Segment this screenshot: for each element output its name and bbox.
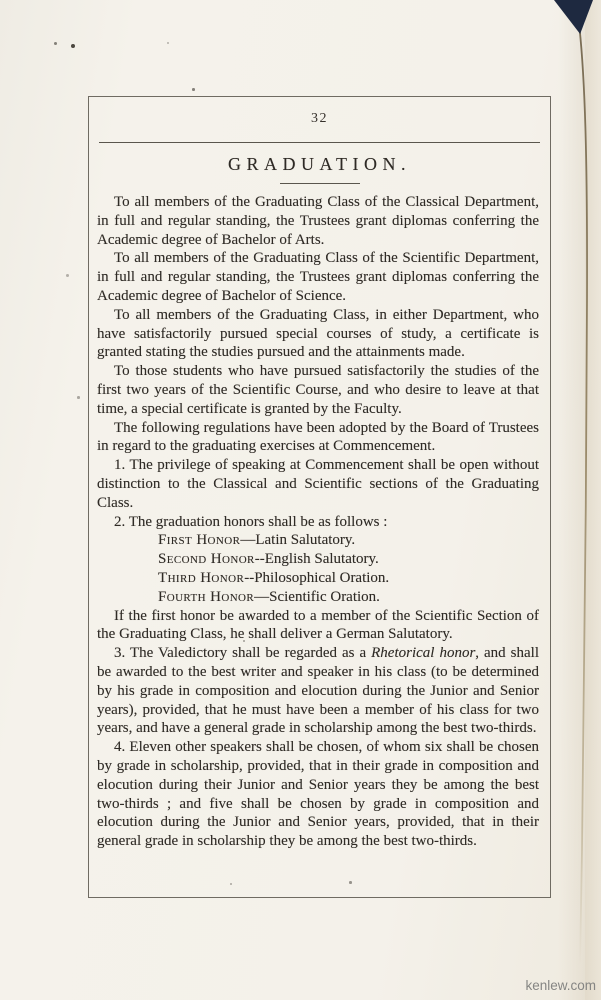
paragraph: To all members of the Graduating Class o… [97,249,539,305]
honor-label: Fourth Honor [158,589,254,605]
page-border-frame: 32 GRADUATION. To all members of the Gra… [88,96,551,898]
text-run: If the first honor be awarded to a membe… [97,608,539,643]
text-run: The following regulations have been adop… [97,420,539,455]
paragraph: 2. The graduation honors shall be as fol… [97,513,539,532]
honor-line: Fourth Honor—Scientific Oration. [97,588,539,607]
paragraph: 3. The Valedictory shall be regarded as … [97,644,539,738]
honor-line: Second Honor--English Salutatory. [97,550,539,569]
page-number: 32 [89,111,550,127]
scan-speck [167,42,169,44]
text-run: 1. The privilege of speaking at Commence… [97,457,539,511]
scan-speck [66,274,69,277]
scan-speck [54,42,57,45]
text-run: 4. Eleven other speakers shall be chosen… [97,739,539,849]
scan-speck [349,881,352,884]
scan-speck [192,88,195,91]
page-title: GRADUATION. [89,154,550,175]
honor-label: Second Honor [158,551,255,567]
document-body: To all members of the Graduating Class o… [89,193,550,851]
scan-speck [476,393,478,395]
honor-label: First Honor [158,532,240,548]
paragraph: The following regulations have been adop… [97,419,539,457]
scanned-page: 32 GRADUATION. To all members of the Gra… [0,0,601,1000]
text-run: 3. The Valedictory shall be regarded as … [114,645,371,661]
page-edge-shadow [558,0,585,1000]
text-run: To all members of the Graduating Class, … [97,307,539,361]
honor-line: Third Honor--Philosophical Oration. [97,569,539,588]
title-rule [280,183,360,184]
text-run: 2. The graduation honors shall be as fol… [114,514,387,530]
honor-label: Third Honor [158,570,244,586]
header-rule [99,142,540,143]
text-run: To all members of the Graduating Class o… [97,194,539,248]
paragraph: 4. Eleven other speakers shall be chosen… [97,738,539,851]
italic-text: Rhetorical honor [371,645,475,661]
scan-speck [230,883,232,885]
paragraph: 1. The privilege of speaking at Commence… [97,456,539,512]
paragraph: To those students who have pursued satis… [97,362,539,418]
watermark: kenlew.com [525,978,596,993]
paragraph: If the first honor be awarded to a membe… [97,607,539,645]
book-edge-shading [585,0,601,1000]
paragraph: To all members of the Graduating Class, … [97,306,539,362]
scan-speck [77,396,80,399]
text-run: To those students who have pursued satis… [97,363,539,417]
text-run: To all members of the Graduating Class o… [97,250,539,304]
scan-speck [243,640,245,642]
scan-speck [71,44,75,48]
paragraph: To all members of the Graduating Class o… [97,193,539,249]
honor-line: First Honor—Latin Salutatory. [97,531,539,550]
